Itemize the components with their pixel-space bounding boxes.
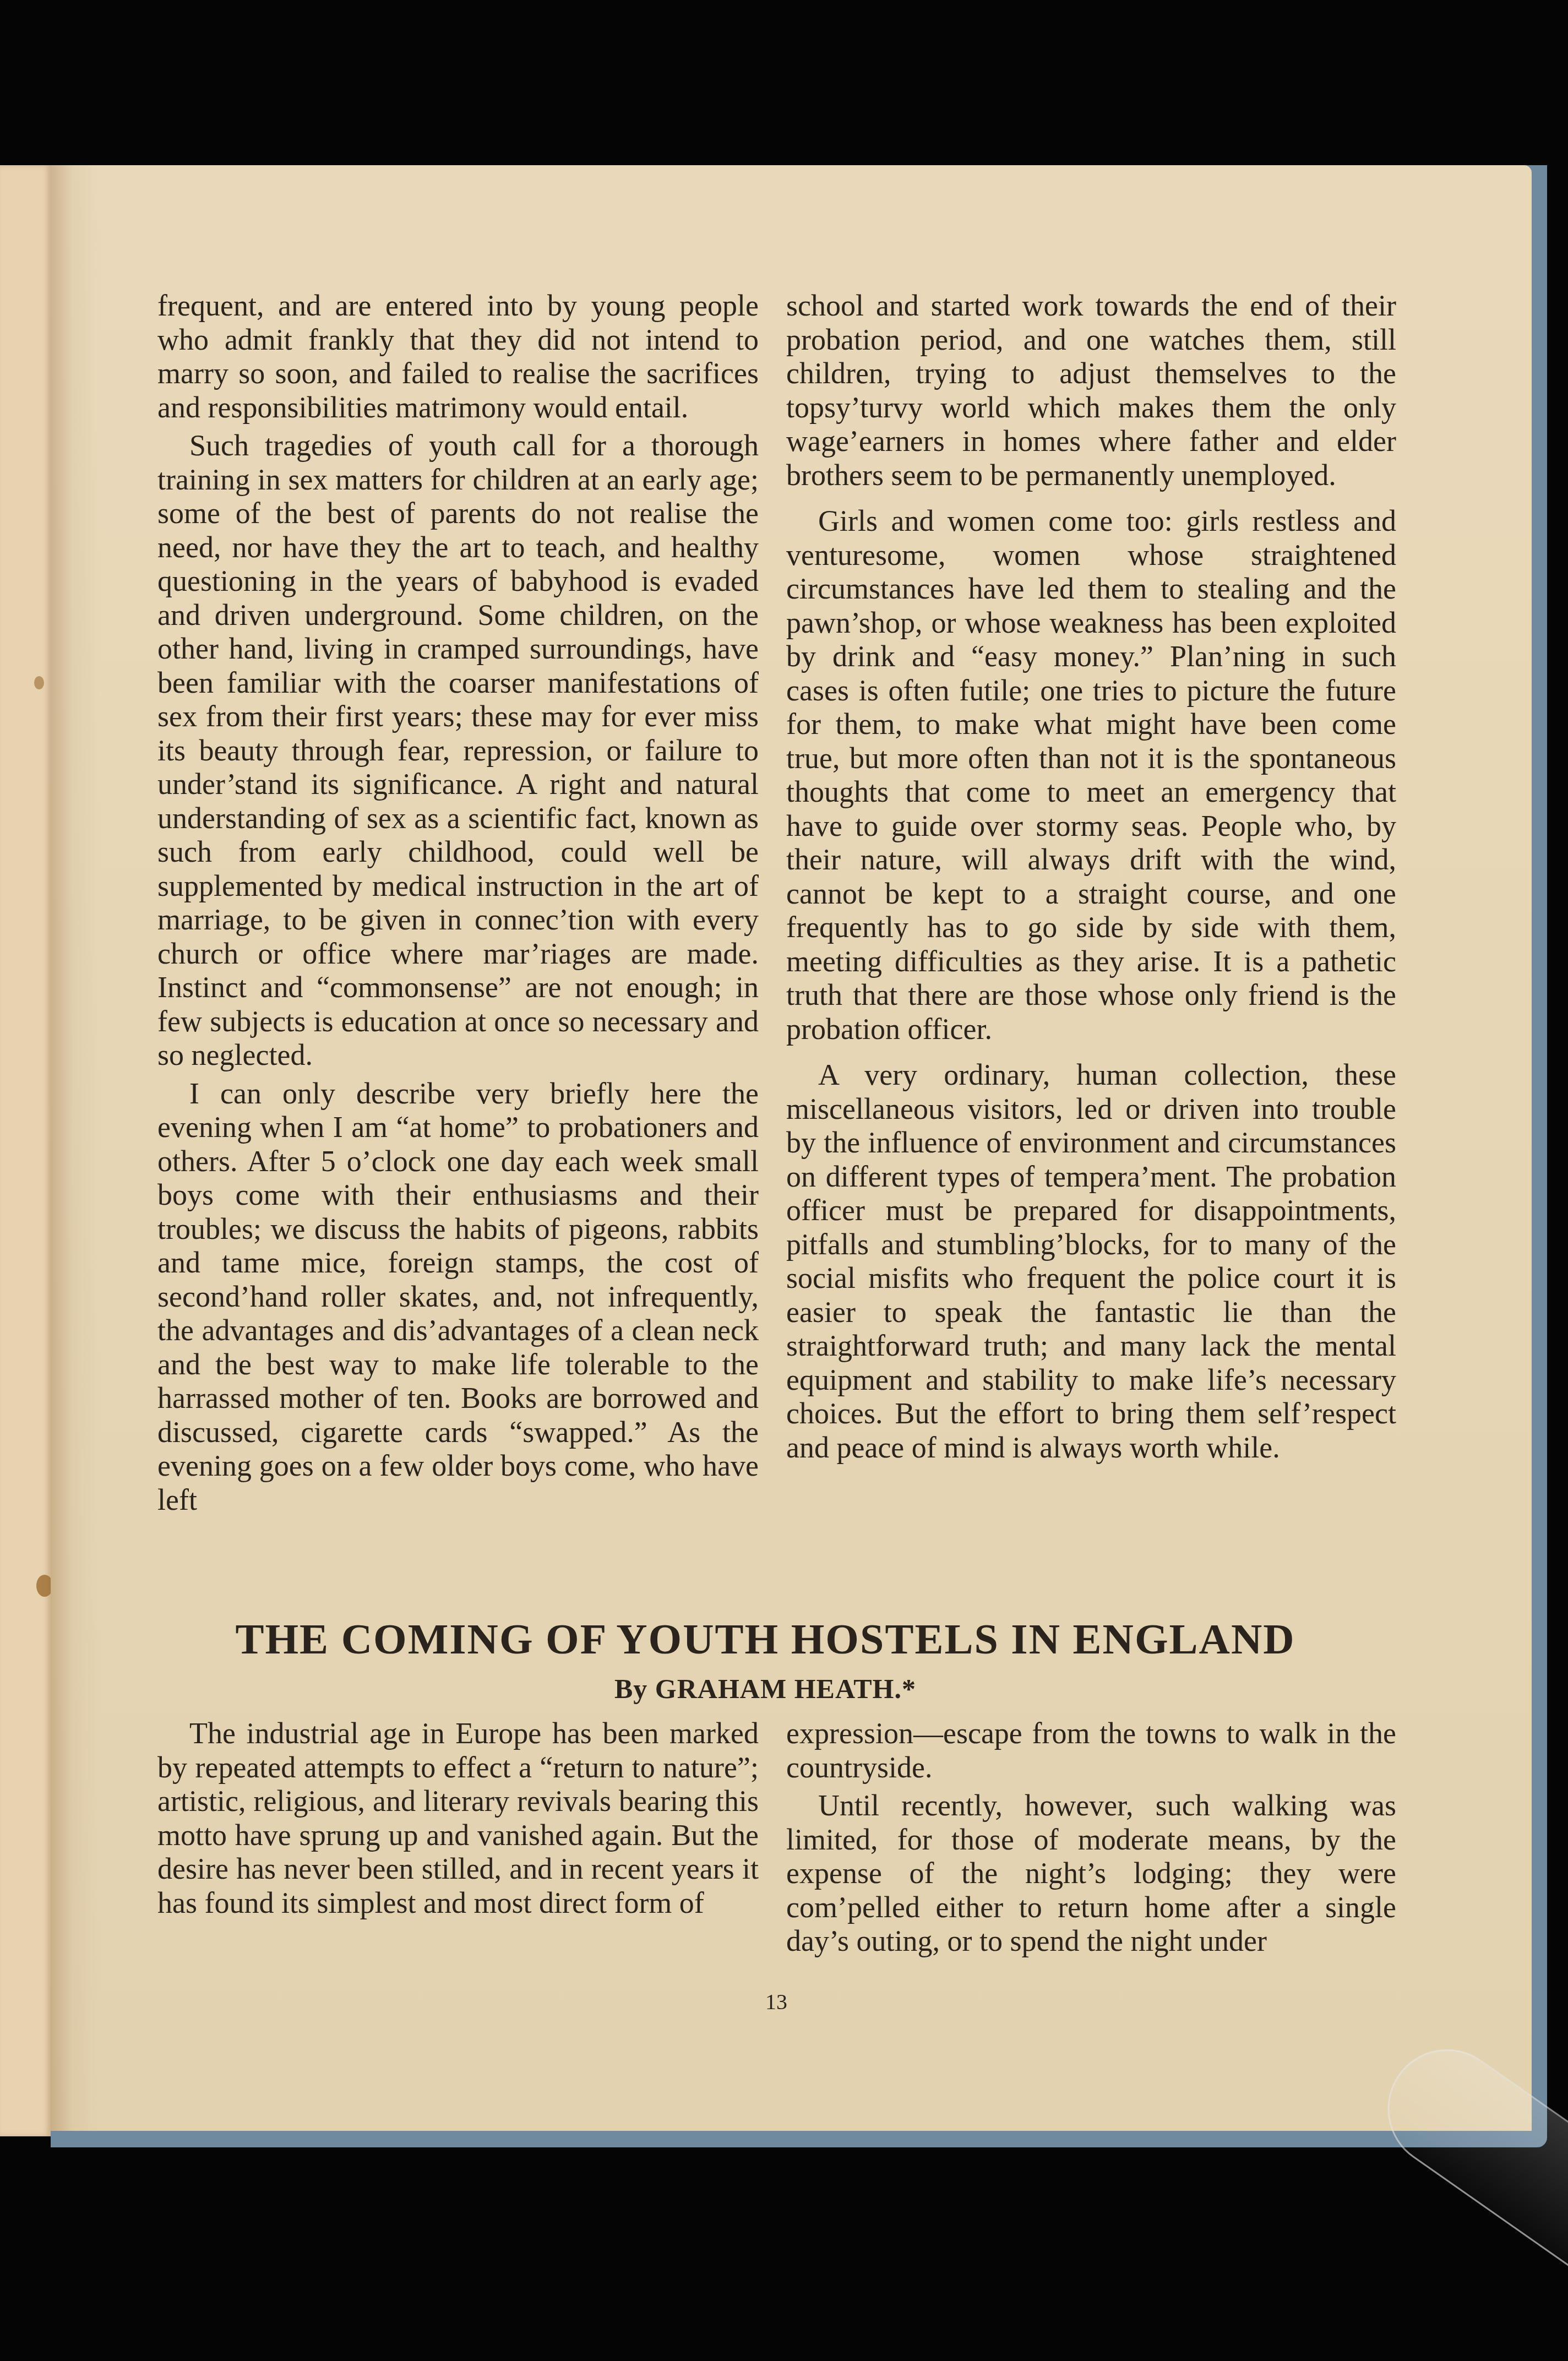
paragraph: Until recently, however, such walking wa… xyxy=(786,1789,1396,1959)
paragraph: A very ordinary, human collection, these… xyxy=(786,1058,1396,1465)
paragraph: expression—escape from the towns to walk… xyxy=(786,1717,1396,1785)
paragraph: school and started work towards the end … xyxy=(786,289,1396,492)
article2-column-left: The industrial age in Europe has been ma… xyxy=(157,1717,759,1924)
article1-column-left: frequent, and are entered into by young … xyxy=(157,289,759,1521)
article2-column-right: expression—escape from the towns to walk… xyxy=(786,1717,1396,1963)
paragraph: Girls and women come too: girls restless… xyxy=(786,504,1396,1046)
paragraph: frequent, and are entered into by young … xyxy=(157,289,759,425)
left-facing-page-edge xyxy=(0,165,51,2136)
paragraph: I can only describe very briefly here th… xyxy=(157,1077,759,1517)
article1-column-right: school and started work towards the end … xyxy=(786,289,1396,1469)
paragraph: The industrial age in Europe has been ma… xyxy=(157,1717,759,1920)
paragraph: Such tragedies of youth call for a thoro… xyxy=(157,429,759,1073)
article-byline: By GRAHAM HEATH.* xyxy=(138,1673,1393,1705)
binding-stain xyxy=(34,676,44,689)
page-number: 13 xyxy=(749,1989,804,2015)
article-title: THE COMING OF YOUTH HOSTELS IN ENGLAND xyxy=(138,1614,1393,1664)
